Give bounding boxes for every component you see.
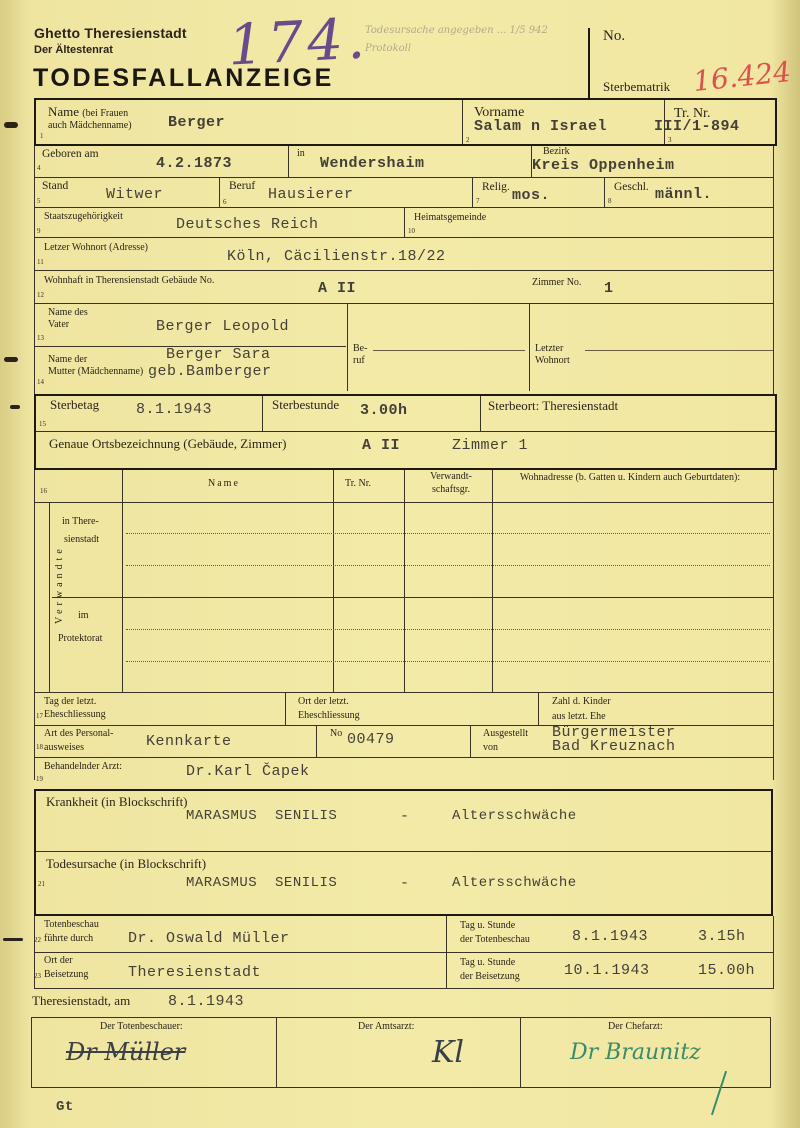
- relatives-col-name: Name: [208, 478, 240, 490]
- field-number: 19: [36, 775, 43, 783]
- staat-value: Deutsches Reich: [176, 216, 319, 233]
- divider: [49, 502, 50, 692]
- dotted-line: [126, 533, 770, 534]
- ehe-tag-label-1: Tag der letzt.: [44, 696, 96, 708]
- sig-amtsarzt: Kl: [432, 1035, 464, 1070]
- header-divider: [588, 28, 590, 98]
- field-number: 23: [34, 972, 41, 980]
- totenbeschau-tag-label-1: Tag u. Stunde: [460, 920, 515, 932]
- ortsbezeichnung-value-2: Zimmer 1: [452, 437, 528, 454]
- punch-mark: [4, 122, 18, 128]
- group-theresienstadt-2: sienstadt: [64, 534, 99, 546]
- sig-label-totenbeschauer: Der Totenbeschauer:: [100, 1021, 183, 1033]
- field-number: 16: [40, 487, 47, 495]
- ehe-ort-label-1: Ort der letzt.: [298, 696, 349, 708]
- field-number: 8: [608, 197, 612, 205]
- row-line: [34, 988, 774, 989]
- bezirk-value: Kreis Oppenheim: [532, 157, 675, 174]
- dotted-line: [126, 661, 770, 662]
- sterbestunde-value: 3.00h: [360, 402, 408, 419]
- beisetzung-time: 15.00h: [698, 962, 755, 979]
- vater-label-2: Vater: [48, 319, 69, 331]
- divider: [262, 396, 263, 431]
- beisetzung-tag-label-1: Tag u. Stunde: [460, 957, 515, 969]
- field-number: 22: [34, 936, 41, 944]
- arzt-value: Dr.Karl Čapek: [186, 763, 310, 780]
- relig-value: mos.: [512, 187, 550, 204]
- divider: [462, 100, 463, 144]
- mutter-value-1: Berger Sara: [166, 346, 271, 363]
- divider: [604, 177, 605, 207]
- punch-mark: [10, 405, 20, 409]
- eltern-wohnort-label-1: Letzter: [535, 343, 563, 355]
- geboren-label: Geboren am: [42, 148, 99, 161]
- divider: [333, 470, 334, 692]
- relig-label: Relig.: [482, 181, 510, 194]
- todesursache-label: Todesursache (in Blockschrift): [46, 856, 206, 872]
- krankheit-value-2: Altersschwäche: [452, 808, 577, 824]
- todesursache-value-2: Altersschwäche: [452, 875, 577, 891]
- red-number: 16.424: [692, 55, 793, 98]
- zimmer-value: 1: [604, 280, 614, 297]
- field-number: 3: [668, 136, 672, 144]
- row-line: [36, 851, 771, 852]
- row-line: [34, 692, 774, 693]
- field-number: 12: [37, 291, 44, 299]
- divider: [276, 1017, 277, 1088]
- krankheit-dash: -: [400, 808, 410, 825]
- field-number: 13: [37, 334, 44, 342]
- field-number: 14: [37, 378, 44, 386]
- pencil-note: Todesursache angegeben ... 1/5 942 Proto…: [365, 22, 575, 58]
- in-label: in: [297, 148, 305, 160]
- sterbematrik-label: Sterbematrik: [603, 79, 670, 95]
- tr-nr-value: III/1-894: [654, 118, 740, 135]
- document-page: Ghetto Theresienstadt Der Ältestenrat TO…: [0, 0, 800, 1128]
- totenbeschau-label-2: führte durch: [44, 933, 93, 945]
- sig-totenbeschauer: Dr Müller: [66, 1038, 185, 1066]
- group-protektorat-2: Protektorat: [58, 633, 102, 645]
- eltern-wohnort-label-2: Wohnort: [535, 355, 570, 367]
- gebaeude-value: A II: [318, 280, 356, 297]
- gebaeude-label: Wohnhaft in Therensienstadt Gebäude No.: [44, 275, 214, 287]
- sig-label-chefarzt: Der Chefarzt:: [608, 1021, 663, 1033]
- field-number: 11: [37, 258, 44, 266]
- ortsbezeichnung-value-1: A II: [362, 437, 400, 454]
- place-date-label: Theresienstadt, am: [32, 993, 130, 1009]
- beisetzung-date: 10.1.1943: [564, 962, 650, 979]
- field-number: 17: [36, 712, 43, 720]
- row-line: [34, 177, 774, 178]
- wohnort-label: Letzer Wohnort (Adresse): [44, 242, 148, 254]
- ausgestellt-label-1: Ausgestellt: [483, 728, 528, 740]
- beisetzung-label-2: Beisetzung: [44, 969, 88, 981]
- sterbeort-label: Sterbeort: Theresienstadt: [488, 398, 618, 414]
- row-line: [36, 431, 775, 432]
- field-number: 9: [37, 227, 41, 235]
- dotted-line: [126, 565, 770, 566]
- field-number: 15: [39, 420, 46, 428]
- ausweis-no-value: 00479: [347, 731, 395, 748]
- totenbeschau-date: 8.1.1943: [572, 928, 648, 945]
- row-line: [34, 757, 774, 758]
- ausweis-value: Kennkarte: [146, 733, 232, 750]
- divider: [347, 303, 348, 391]
- divider: [492, 470, 493, 692]
- row-line: [34, 303, 774, 304]
- place-date-value: 8.1.1943: [168, 993, 244, 1010]
- vater-value: Berger Leopold: [156, 318, 289, 335]
- staat-label: Staatszugehörigkeit: [44, 211, 123, 223]
- initials: Gt: [56, 1099, 74, 1115]
- totenbeschau-time: 3.15h: [698, 928, 746, 945]
- divider: [470, 725, 471, 757]
- punch-mark: [3, 938, 23, 941]
- frame-right: [773, 470, 774, 780]
- divider: [285, 692, 286, 725]
- relatives-col-verwandt: Verwandt-schaftsgr.: [415, 470, 487, 496]
- row-line: [52, 597, 774, 598]
- geschl-value: männl.: [655, 186, 712, 203]
- mutter-value-2: geb.Bamberger: [148, 363, 272, 380]
- todesursache-value-1: MARASMUS SENILIS: [186, 875, 337, 891]
- name-value: Berger: [168, 114, 225, 131]
- kinder-label-2: aus letzt. Ehe: [552, 711, 606, 723]
- no-label: No.: [603, 28, 625, 45]
- totenbeschau-label-1: Totenbeschau: [44, 919, 99, 931]
- mutter-label-2: Mutter (Mädchenname): [48, 366, 143, 378]
- beruf-label: Beruf: [229, 180, 255, 193]
- field-number: 5: [37, 197, 41, 205]
- relatives-col-trnr: Tr. Nr.: [345, 478, 371, 490]
- field-number: 18: [36, 743, 43, 751]
- sterbetag-label: Sterbetag: [50, 397, 99, 413]
- name-label-2: auch Mädchenname): [48, 120, 132, 132]
- org-line-1: Ghetto Theresienstadt: [34, 25, 187, 41]
- field-number: 7: [476, 197, 480, 205]
- sterbestunde-label: Sterbestunde: [272, 397, 339, 413]
- group-theresienstadt-1: in There-: [62, 516, 99, 528]
- blank-line: [585, 350, 773, 351]
- relatives-side-label: Verwandte: [54, 564, 66, 624]
- geboren-value: 4.2.1873: [156, 155, 232, 172]
- divider: [288, 146, 289, 177]
- divider: [404, 470, 405, 692]
- org-line-2: Der Ältestenrat: [34, 44, 113, 56]
- mutter-label-1: Name der: [48, 354, 87, 366]
- beisetzung-tag-label-2: der Beisetzung: [460, 971, 520, 983]
- divider: [529, 303, 530, 391]
- ausweis-label-1: Art des Personal-: [44, 728, 113, 740]
- ausgestellt-label-2: von: [483, 742, 498, 754]
- ausgestellt-value-2: Bad Kreuznach: [552, 739, 676, 754]
- geschl-label: Geschl.: [614, 181, 649, 194]
- name-label: Name (bei Frauen: [48, 104, 128, 120]
- row-line: [34, 270, 774, 271]
- eltern-beruf-label-1: Be-: [353, 343, 367, 355]
- field-number: 10: [408, 227, 415, 235]
- divider: [520, 1017, 521, 1088]
- ehe-tag-label-2: Eheschliessung: [44, 709, 106, 721]
- field-number: 6: [223, 198, 227, 206]
- blank-line: [373, 350, 525, 351]
- todesursache-dash: -: [400, 875, 410, 892]
- sig-chefarzt: Dr Braunitz: [570, 1040, 701, 1065]
- ehe-ort-label-2: Eheschliessung: [298, 710, 360, 722]
- frame-left: [34, 470, 35, 780]
- row-line: [34, 237, 774, 238]
- stand-value: Witwer: [106, 186, 163, 203]
- ortsbezeichnung-label: Genaue Ortsbezeichnung (Gebäude, Zimmer): [49, 436, 287, 452]
- handwritten-number: 174.: [226, 6, 370, 78]
- ausweis-no-label: No: [330, 728, 342, 740]
- totenbeschau-tag-label-2: der Totenbeschau: [460, 934, 530, 946]
- field-number: 2: [466, 136, 470, 144]
- divider: [480, 396, 481, 431]
- sterbetag-value: 8.1.1943: [136, 401, 212, 418]
- divider: [404, 207, 405, 237]
- relatives-col-wohnadresse: Wohnadresse (b. Gatten u. Kindern auch G…: [505, 471, 755, 485]
- in-value: Wendershaim: [320, 155, 425, 172]
- divider: [219, 177, 220, 207]
- kinder-label-1: Zahl d. Kinder: [552, 696, 611, 708]
- beisetzung-value: Theresienstadt: [128, 964, 261, 981]
- arzt-label: Behandelnder Arzt:: [44, 761, 122, 773]
- row-line: [34, 952, 774, 953]
- ausweis-label-2: ausweises: [44, 742, 84, 754]
- group-protektorat-1: im: [78, 610, 89, 622]
- field-number: 21: [38, 880, 45, 888]
- eltern-beruf-label-2: ruf: [353, 355, 365, 367]
- field-number: 4: [37, 164, 41, 172]
- divider: [538, 692, 539, 725]
- totenbeschau-value: Dr. Oswald Müller: [128, 930, 290, 947]
- krankheit-label: Krankheit (in Blockschrift): [46, 794, 188, 810]
- divider: [472, 177, 473, 207]
- vater-label-1: Name des: [48, 307, 88, 319]
- divider: [122, 470, 123, 692]
- vorname-value: Salam n Israel: [474, 118, 607, 135]
- wohnort-value: Köln, Cäcilienstr.18/22: [227, 248, 446, 265]
- sig-label-amtsarzt: Der Amtsarzt:: [358, 1021, 414, 1033]
- krankheit-value-1: MARASMUS SENILIS: [186, 808, 337, 824]
- beruf-value: Hausierer: [268, 186, 354, 203]
- dotted-line: [126, 629, 770, 630]
- stand-label: Stand: [42, 180, 68, 193]
- beisetzung-label-1: Ort der: [44, 955, 73, 967]
- divider: [316, 725, 317, 757]
- field-number: 1: [40, 132, 44, 140]
- punch-mark: [4, 357, 18, 362]
- zimmer-label: Zimmer No.: [532, 277, 581, 289]
- heimat-label: Heimatsgemeinde: [414, 212, 486, 224]
